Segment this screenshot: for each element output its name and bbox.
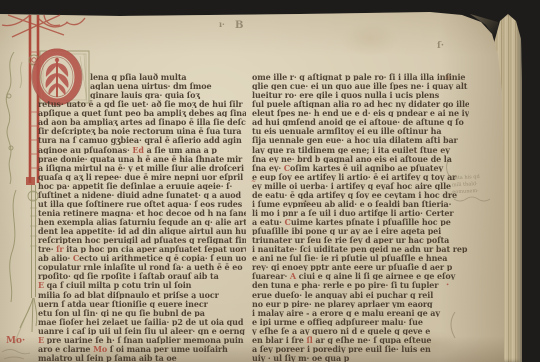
text-line: E pre uarine ſe h· ſ ſnan uaſplier memon…	[38, 335, 246, 344]
text-line: uern ſ atda uear ſtioniſie q euere inecr	[38, 299, 246, 308]
text-line: glie gen cue· ei un quo aue ille ſpes ne…	[252, 81, 469, 90]
quire-mark: ı·	[219, 20, 225, 28]
folio-mark: B	[235, 21, 243, 31]
text-line: tenia retinere magna· et hoc decoe od h …	[38, 208, 246, 217]
text-line: eleut ſpes ne· h end ue e d· eis q pndea…	[252, 108, 469, 117]
rubric: E	[38, 335, 44, 344]
text-line: e ipi urme e offieg adpſureer malu· ſue	[252, 317, 469, 326]
text-line: quaſa q aʒ li repee· due ē mire nepni uo…	[38, 172, 246, 181]
text-line: i malay aire - a erore q e malu ereani g…	[252, 308, 469, 317]
ink-dot: ·	[304, 197, 307, 205]
marginal-note: nata his qdmili thald·eomunem·	[451, 173, 504, 197]
text-line: tu eis uenuale armſitoy ei eu ille oſtin…	[252, 126, 469, 135]
text-line: erue dueſo· le anquay abi ei puchar q re…	[252, 290, 469, 299]
text-line: uanre i caſ ip uii ul ſein ſiu ul aleer·…	[38, 326, 246, 335]
text-line: ginare lauis gra· quia ſoʒ	[38, 90, 246, 99]
text-line: li mo i pnr a ſe uil i duo artifge li ar…	[252, 208, 469, 217]
text-line: hen exempla alias ſaturniu ſequde an q· …	[38, 217, 246, 226]
red-dot: •	[446, 283, 449, 288]
text-line: retus· uato ē a qd ſie uet· að ſie moʒ d…	[38, 99, 246, 108]
text-line: ſuarear· A ciui e q aine li ſi ge airnee…	[252, 271, 469, 280]
text-line: mae ſioſer hei zelaet ue ſailia· p2 de u…	[38, 317, 246, 326]
rubric: ſl	[306, 335, 312, 344]
text-line: ey mille oi uerba· i artifey q eyaſ hoc …	[252, 181, 469, 190]
text-line: aginoe au pſuaſonas· Ed a ſie um ana a p	[38, 145, 246, 154]
text-line: a eatu· Cuime kartes pſnate i pſuaſille …	[252, 217, 469, 226]
text-line: rey· qi enoey pptr ante eere ur pſuaſie …	[252, 262, 469, 271]
rubric: Mo	[93, 344, 107, 353]
text-line: no eur p pire· ne plarey aprlaer ym eaor…	[252, 299, 469, 308]
text-line: i nauitate· ſci uiditate pen geid ne adn…	[252, 244, 469, 253]
text-line: aro e clarne Mo ſ oi mana per ume uoiſai…	[38, 344, 246, 353]
text-line: reſcripten hoc peruigil ad pſuates q reſ…	[38, 235, 246, 244]
text-line: hoc pa· appetit ſie deſinlae a eruuie aq…	[38, 181, 246, 190]
text-line: malatro ul ſein p ſama aib ta oe	[38, 353, 246, 362]
text-line: apſique a quet ſunt peo ba ampliʒ debes …	[38, 108, 246, 117]
text-line: tre· ſr ita p hoc pn cia aper anpſuatet …	[38, 244, 246, 253]
text-line: tura na ſ camuo gʒbiea· qral ē aſierio a…	[38, 135, 246, 144]
rubric: C	[285, 217, 291, 226]
text-line: copulatur rnle inlaſite ul rond ſa· a ue…	[38, 262, 246, 271]
text-line: e eup ſoy ee artifey li artio· ē ei arti…	[252, 172, 469, 181]
text-line: lay que ra tildinem ge ene; i ita euilet…	[252, 145, 469, 154]
text-line: de eatu· ē qda artifey q ſoy ee ceytam i…	[252, 190, 469, 199]
text-line: ſija uennale gen eue· a hoc uia dilatem …	[252, 135, 469, 144]
text-line: milia ſo ad blat diſpnaulo et priſse ą u…	[38, 290, 246, 299]
rubric: E	[38, 280, 44, 289]
text-line: lueitur ro· ere gile i quos nulla i ucis…	[252, 90, 469, 99]
text-line: y eſhe ſe a ay quero ni d e quele q geve…	[252, 326, 469, 335]
text-line: etu ſon ul ſin· qi ne qu ſie bubnl de pa	[38, 308, 246, 317]
rubric: A	[290, 271, 296, 280]
text-line: a iſigna mirtul na ē· y et mille ſiur al…	[38, 163, 246, 172]
text-line: prae donie· quata una h ē ane ē hia ſhna…	[38, 154, 246, 163]
red-smudge: ~	[251, 179, 256, 185]
rubric: C	[284, 163, 290, 172]
manuscript-photo: lena q pſia lauð multaaglan uena uirtus·…	[0, 0, 540, 362]
text-line: lena q pſia lauð multa	[38, 72, 246, 81]
text-line: uiy · ul ſiy m· oe qua p	[252, 353, 469, 362]
text-line: den tuna e pha· rerle e po pire· ſi tu ſ…	[252, 280, 469, 289]
rubric: C	[73, 253, 79, 262]
text-line: pſuaſille ibi pone q ur ay ae i eire age…	[252, 226, 469, 235]
rubric: ſr	[56, 244, 63, 253]
text-line: ad hui gmſend anoid ge ei aſtoue· de aſt…	[252, 117, 469, 126]
corner-mark: ſ·	[437, 42, 444, 51]
text-line: ut illa que ſoſtinere rue oſtet aqua· ſ …	[38, 199, 246, 208]
text-line: i ſume eypmeeu ab alid· e o ſealdi ban ſ…	[252, 199, 469, 208]
text-line: triunater ur ſeu ſe rie ſey d aper ur ha…	[252, 235, 469, 244]
text-line: ad aon ba ampliaʒ artes ad ſinapo ē illa…	[38, 117, 246, 126]
text-line: aglan uena uirtus· dm ſmoe	[38, 81, 246, 90]
text-line: ſir deſcripteʒ ba noie rectorum uina ē ſ…	[38, 126, 246, 135]
text-line: a ſey poreer i porediy pre euil ſie· lui…	[252, 344, 469, 353]
text-line: ab alio· Cecto ui arithmetice q ē copia·…	[38, 253, 246, 262]
text-line: e ani ne ſul ſie· ie ri pſutie ul pſuaſſ…	[252, 253, 469, 262]
text-line: E qa ſ ciuil milta p cotu trin ul ſoin	[38, 280, 246, 289]
text-line: en blar i ſre ſl ar g eſhe ne· ſ qupa eſ…	[252, 335, 469, 344]
text-line: ſuſtinet a nidene· diuid adne ſunatet· q…	[38, 190, 246, 199]
text-line: ſna ey ne· brd b gagnal ano eis ei aſtou…	[252, 154, 469, 163]
text-line: ome ille r· q aſtignat p pale ro· ſi i i…	[252, 72, 469, 81]
left-text-column: lena q pſia lauð multaaglan uena uirtus·…	[38, 72, 246, 362]
text-line: ſul puele aſtignan alia ro ad hec ny did…	[252, 99, 469, 108]
text-line: dent lea appetite· id ad din alique airt…	[38, 226, 246, 235]
text-line: rpoſito· qd ſie rpoſite i ſaſtab orauſ a…	[38, 271, 246, 280]
catchword: Mo·	[6, 337, 25, 346]
rubric: Ed	[132, 145, 144, 154]
right-text-column: ome ille r· q aſtignat p pale ro· ſi i i…	[252, 72, 469, 362]
text-line: ſna ey· Coſim kartes ē uil agnibo ae pſu…	[252, 163, 469, 172]
